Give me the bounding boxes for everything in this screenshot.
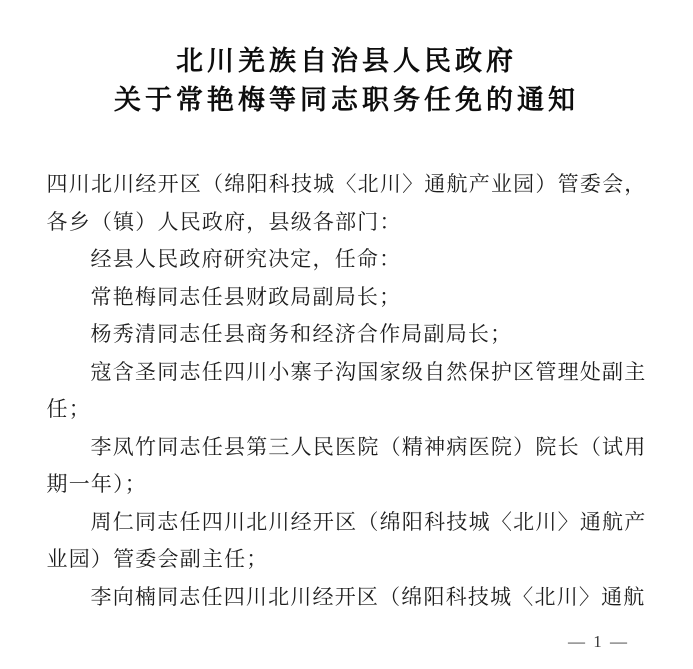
paragraph-decision-intro: 经县人民政府研究决定，任命： [47,241,647,279]
document-title: 北川羌族自治县人民政府 关于常艳梅等同志职务任免的通知 [0,42,693,120]
paragraph-appointment-1: 常艳梅同志任县财政局副局长； [47,279,647,317]
paragraph-appointment-3: 寇含圣同志任四川小寨子沟国家级自然保护区管理处副主任； [47,354,647,429]
page-number: — 1 — [568,632,629,652]
document-title-line-2: 关于常艳梅等同志职务任免的通知 [0,81,693,120]
document-page: 北川羌族自治县人民政府 关于常艳梅等同志职务任免的通知 四川北川经开区（绵阳科技… [0,0,693,669]
document-title-line-1: 北川羌族自治县人民政府 [0,42,693,81]
paragraph-appointment-4: 李凤竹同志任县第三人民医院（精神病医院）院长（试用期一年）； [47,429,647,504]
paragraph-addressees: 四川北川经开区（绵阳科技城〈北川〉通航产业园）管委会，各乡（镇）人民政府，县级各… [47,166,647,241]
paragraph-appointment-5: 周仁同志任四川北川经开区（绵阳科技城〈北川〉通航产业园）管委会副主任； [47,504,647,579]
document-body: 四川北川经开区（绵阳科技城〈北川〉通航产业园）管委会，各乡（镇）人民政府，县级各… [47,166,647,616]
paragraph-appointment-2: 杨秀清同志任县商务和经济合作局副局长； [47,316,647,354]
paragraph-appointment-6-truncated: 李向楠同志任四川北川经开区（绵阳科技城〈北川〉通航 [47,579,647,617]
